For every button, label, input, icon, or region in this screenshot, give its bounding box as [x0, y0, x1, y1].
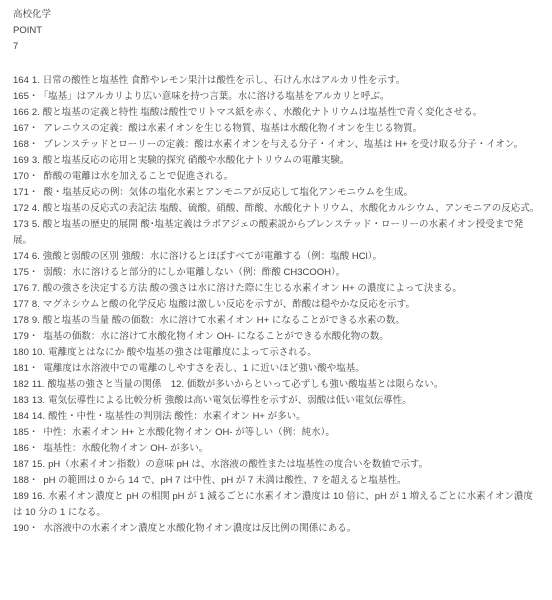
item-text: 電離度は水溶液中での電離のしやすさを表し、1 に近いほど強い酸や塩基。	[43, 363, 364, 374]
list-item: 188・pH の範囲は 0 から 14 で、pH 7 は中性、pH が 7 未満…	[13, 473, 540, 489]
item-marker: 6.	[32, 251, 40, 262]
doc-point-number: 7	[13, 39, 540, 55]
item-marker: 14.	[32, 411, 45, 422]
item-marker: ・	[29, 171, 39, 182]
item-text: 強酸と弱酸の区別 強酸：水に溶けるとほぼすべてが電離する（例：塩酸 HCl）。	[43, 251, 382, 262]
item-marker: ・	[29, 443, 39, 454]
list-item: 18414.酸性・中性・塩基性の判別法 酸性：水素イオン H+ が多い。	[13, 409, 540, 425]
line-number: 181	[13, 363, 29, 374]
item-text: 日常の酸性と塩基性 食酢やレモン果汁は酸性を示し、石けん水はアルカリ性を示す。	[43, 75, 406, 86]
list-item: 1746.強酸と弱酸の区別 強酸：水に溶けるとほぼすべてが電離する（例：塩酸 H…	[13, 249, 540, 265]
item-text: 酸と塩基の反応式の表記法 塩酸、硫酸、硝酸、酢酸、水酸化ナトリウム、水酸化カルシ…	[43, 203, 539, 214]
list-item: 1778.マグネシウムと酸の化学反応 塩酸は激しい反応を示すが、酢酸は穏やかな反…	[13, 297, 540, 313]
list-item: 18916.水素イオン濃度と pH の相関 pH が 1 減るごとに水素イオン濃…	[13, 489, 540, 521]
line-number: 179	[13, 331, 29, 342]
document-header: 高校化学 POINT 7	[13, 7, 540, 55]
line-number: 166	[13, 107, 29, 118]
list-item: 18715.pH（水素イオン指数）の意味 pH は、水溶液の酸性または塩基性の度…	[13, 457, 540, 473]
item-text: ブレンステッドとローリーの定義：酸は水素イオンを与える分子・イオン、塩基は H+…	[43, 139, 523, 150]
item-marker: ・	[29, 363, 39, 374]
line-number: 171	[13, 187, 29, 198]
item-text: 水素イオン濃度と pH の相関 pH が 1 減るごとに水素イオン濃度は 10 …	[13, 491, 533, 518]
list-item: 1662.酸と塩基の定義と特性 塩酸は酸性でリトマス紙を赤く、水酸化ナトリウムは…	[13, 105, 540, 121]
item-marker: ・	[29, 123, 39, 134]
item-text: 酸・塩基反応の例：気体の塩化水素とアンモニアが反応して塩化アンモニウムを生成。	[43, 187, 413, 198]
item-marker: 16.	[32, 491, 45, 502]
item-marker: 2.	[32, 107, 40, 118]
list-item: 168・ブレンステッドとローリーの定義：酸は水素イオンを与える分子・イオン、塩基…	[13, 137, 540, 153]
list-item: 1641.日常の酸性と塩基性 食酢やレモン果汁は酸性を示し、石けん水はアルカリ性…	[13, 73, 540, 89]
item-text: 弱酸：水に溶けると部分的にしか電離しない（例：酢酸 CH3COOH）。	[43, 267, 345, 278]
item-text: 酸と塩基の歴史的展開 酸･塩基定義はラボアジェの酸素説からブレンステッド・ローリ…	[13, 219, 523, 246]
point-list: 1641.日常の酸性と塩基性 食酢やレモン果汁は酸性を示し、石けん水はアルカリ性…	[13, 73, 540, 537]
list-item: 185・中性：水素イオン H+ と水酸化物イオン OH- が等しい（例：純水）。	[13, 425, 540, 441]
list-item: 186・塩基性：水酸化物イオン OH- が多い。	[13, 441, 540, 457]
line-number: 174	[13, 251, 29, 262]
line-number: 183	[13, 395, 29, 406]
line-number: 175	[13, 267, 29, 278]
item-marker: 5.	[32, 219, 40, 230]
list-item: 167・アレニウスの定義：酸は水素イオンを生じる物質、塩基は水酸化物イオンを生じ…	[13, 121, 540, 137]
list-item: 179・塩基の価数：水に溶けて水酸化物イオン OH- になることができる水酸化物…	[13, 329, 540, 345]
item-marker: ・	[29, 91, 39, 102]
line-number: 190	[13, 523, 29, 534]
item-text: 塩基の価数：水に溶けて水酸化物イオン OH- になることができる水酸化物の数。	[43, 331, 388, 342]
list-item: 1767.酸の強さを決定する方法 酸の強さは水に溶けた際に生じる水素イオン H+…	[13, 281, 540, 297]
line-number: 169	[13, 155, 29, 166]
item-marker: 13.	[32, 395, 45, 406]
item-marker: ・	[29, 139, 39, 150]
line-number: 177	[13, 299, 29, 310]
list-item: 1724.酸と塩基の反応式の表記法 塩酸、硫酸、硝酸、酢酸、水酸化ナトリウム、水…	[13, 201, 540, 217]
item-marker: ・	[29, 523, 39, 534]
line-number: 168	[13, 139, 29, 150]
doc-title: 高校化学	[13, 7, 540, 23]
list-item: 181・電離度は水溶液中での電離のしやすさを表し、1 に近いほど強い酸や塩基。	[13, 361, 540, 377]
item-text: 酢酸の電離は水を加えることで促進される。	[43, 171, 233, 182]
item-text: 酸と塩基反応の応用と実験的探究 硝酸や水酸化ナトリウムの電離実験。	[43, 155, 350, 166]
list-item: 1735.酸と塩基の歴史的展開 酸･塩基定義はラボアジェの酸素説からブレンステッ…	[13, 217, 540, 249]
item-marker: 3.	[32, 155, 40, 166]
item-marker: 15.	[32, 459, 45, 470]
line-number: 186	[13, 443, 29, 454]
item-marker: ・	[29, 427, 39, 438]
list-item: 170・酢酸の電離は水を加えることで促進される。	[13, 169, 540, 185]
item-text: 酸塩基の強さと当量の関係 12. 価数が多いからといって必ずしも強い酸塩基とは限…	[47, 379, 443, 390]
item-marker: ・	[29, 331, 39, 342]
item-text: 電離度とはなにか 酸や塩基の強さは電離度によって示される。	[48, 347, 317, 358]
item-marker: 10.	[32, 347, 45, 358]
line-number: 180	[13, 347, 29, 358]
line-number: 173	[13, 219, 29, 230]
item-text: pH の範囲は 0 から 14 で、pH 7 は中性、pH が 7 未満は酸性、…	[43, 475, 406, 486]
list-item: 18313.電気伝導性による比較分析 強酸は高い電気伝導性を示すが、弱酸は低い電…	[13, 393, 540, 409]
item-text: アレニウスの定義：酸は水素イオンを生じる物質、塩基は水酸化物イオンを生じる物質。	[43, 123, 422, 134]
line-number: 189	[13, 491, 29, 502]
item-text: 「塩基」はアルカリより広い意味を持つ言葉。水に溶ける塩基をアルカリと呼ぶ。	[43, 91, 389, 102]
line-number: 184	[13, 411, 29, 422]
line-number: 185	[13, 427, 29, 438]
doc-point-label: POINT	[13, 23, 540, 39]
item-marker: ・	[29, 267, 39, 278]
list-item: 1693.酸と塩基反応の応用と実験的探究 硝酸や水酸化ナトリウムの電離実験。	[13, 153, 540, 169]
line-number: 188	[13, 475, 29, 486]
document-page: 高校化学 POINT 7 1641.日常の酸性と塩基性 食酢やレモン果汁は酸性を…	[0, 0, 552, 600]
item-text: 酸の強さを決定する方法 酸の強さは水に溶けた際に生じる水素イオン H+ の濃度に…	[43, 283, 462, 294]
line-number: 178	[13, 315, 29, 326]
item-marker: 1.	[32, 75, 40, 86]
item-marker: 11.	[32, 379, 45, 390]
item-text: 中性：水素イオン H+ と水酸化物イオン OH- が等しい（例：純水）。	[43, 427, 335, 438]
item-text: 電気伝導性による比較分析 強酸は高い電気伝導性を示すが、弱酸は低い電気伝導性。	[48, 395, 412, 406]
line-number: 170	[13, 171, 29, 182]
item-text: 水溶液中の水素イオン濃度と水酸化物イオン濃度は反比例の関係にある。	[43, 523, 356, 534]
line-number: 167	[13, 123, 29, 134]
item-text: 酸と塩基の当量 酸の価数：水に溶けて水素イオン H+ になることができる水素の数…	[43, 315, 405, 326]
list-item: 171・酸・塩基反応の例：気体の塩化水素とアンモニアが反応して塩化アンモニウムを…	[13, 185, 540, 201]
line-number: 182	[13, 379, 29, 390]
line-number: 164	[13, 75, 29, 86]
item-text: 塩基性：水酸化物イオン OH- が多い。	[43, 443, 208, 454]
list-item: 18010.電離度とはなにか 酸や塩基の強さは電離度によって示される。	[13, 345, 540, 361]
list-item: 18211.酸塩基の強さと当量の関係 12. 価数が多いからといって必ずしも強い…	[13, 377, 540, 393]
item-text: pH（水素イオン指数）の意味 pH は、水溶液の酸性または塩基性の度合いを数値で…	[48, 459, 428, 470]
list-item: 165・「塩基」はアルカリより広い意味を持つ言葉。水に溶ける塩基をアルカリと呼ぶ…	[13, 89, 540, 105]
list-item: 190・水溶液中の水素イオン濃度と水酸化物イオン濃度は反比例の関係にある。	[13, 521, 540, 537]
line-number: 165	[13, 91, 29, 102]
list-item: 175・弱酸：水に溶けると部分的にしか電離しない（例：酢酸 CH3COOH）。	[13, 265, 540, 281]
line-number: 187	[13, 459, 29, 470]
item-marker: 9.	[32, 315, 40, 326]
item-marker: 7.	[32, 283, 40, 294]
item-marker: ・	[29, 187, 39, 198]
item-marker: 8.	[32, 299, 40, 310]
list-item: 1789.酸と塩基の当量 酸の価数：水に溶けて水素イオン H+ になることができ…	[13, 313, 540, 329]
line-number: 176	[13, 283, 29, 294]
item-marker: ・	[29, 475, 39, 486]
item-marker: 4.	[32, 203, 40, 214]
line-number: 172	[13, 203, 29, 214]
item-text: 酸性・中性・塩基性の判別法 酸性：水素イオン H+ が多い。	[48, 411, 306, 422]
item-text: マグネシウムと酸の化学反応 塩酸は激しい反応を示すが、酢酸は穏やかな反応を示す。	[43, 299, 415, 310]
item-text: 酸と塩基の定義と特性 塩酸は酸性でリトマス紙を赤く、水酸化ナトリウムは塩基性で青…	[43, 107, 482, 118]
